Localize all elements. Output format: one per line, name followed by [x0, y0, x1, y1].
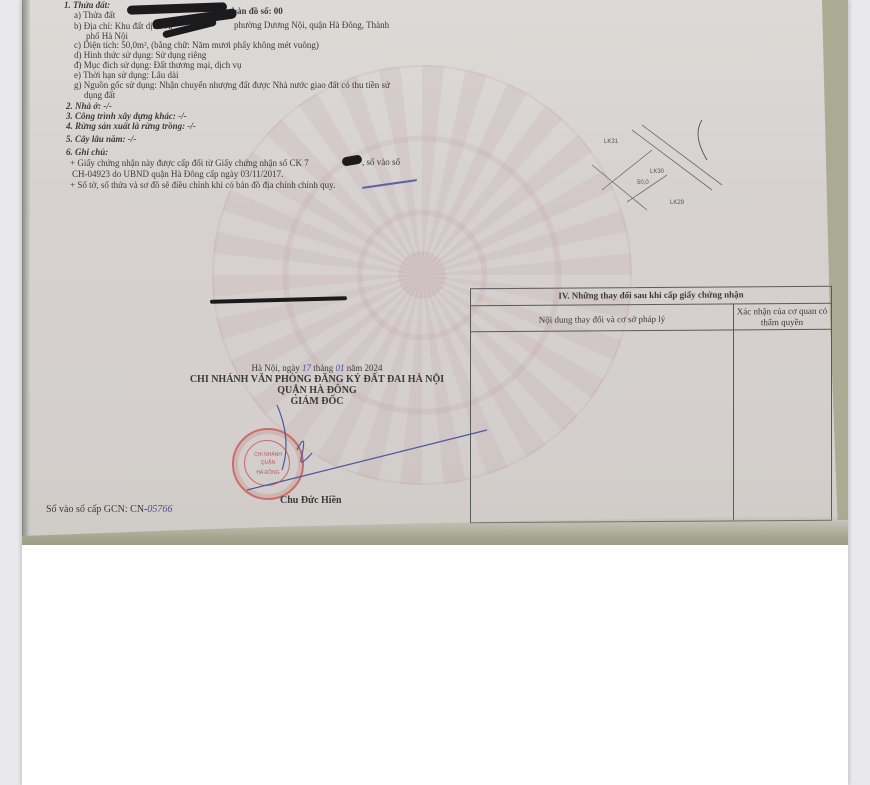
- issuing-office: CHI NHÁNH VĂN PHÒNG ĐĂNG KÝ ĐẤT ĐAI HÀ N…: [162, 374, 472, 385]
- address-rest: phường Dương Nội, quận Hà Đông, Thành: [234, 20, 389, 31]
- section6-heading: 6. Ghi chú:: [66, 147, 108, 158]
- signer-name: Chu Đức Hiền: [280, 495, 342, 506]
- table-rule: [733, 304, 734, 520]
- changes-table: IV. Những thay đổi sau khi cấp giấy chứn…: [470, 286, 832, 524]
- section4: 4. Rừng sản xuất là rừng trồng: -/-: [66, 121, 196, 132]
- usage-origin-line: g) Nguồn gốc sử dụng: Nhận chuyển nhượng…: [74, 80, 390, 91]
- usage-origin-cont: dụng đất: [84, 90, 115, 101]
- column-header-confirmation: Xác nhận của cơ quan có thẩm quyền: [733, 306, 831, 329]
- note1: + Giấy chứng nhận này được cấp đổi từ Gi…: [70, 158, 309, 169]
- changes-table-title: IV. Những thay đổi sau khi cấp giấy chứn…: [471, 289, 831, 302]
- section5: 5. Cây lâu năm: -/-: [66, 134, 136, 145]
- note1-end: , số vào sổ: [362, 157, 400, 168]
- column-header-content: Nội dung thay đổi và cơ sở pháp lý: [471, 313, 733, 325]
- plot-diagram: [582, 120, 752, 220]
- issue-date: Hà Nội, ngày 17 tháng 01 năm 2024: [162, 363, 472, 374]
- desk-edge: [22, 515, 848, 545]
- signature-scribble: [237, 400, 497, 500]
- map-sheet: bản đồ số: 00: [232, 6, 283, 17]
- issuing-district: QUẬN HÀ ĐÔNG: [162, 385, 472, 396]
- note2: + Số tờ, số thửa và sơ đồ sẽ điều chỉnh …: [70, 180, 335, 191]
- parcel-line: a) Thửa đất: [74, 10, 115, 21]
- table-rule: [471, 329, 831, 333]
- issue-month: 01: [336, 363, 345, 373]
- note1-cont: CH-04923 do UBND quận Hà Đông cấp ngày 0…: [72, 169, 283, 180]
- registry-number: Số vào sổ cấp GCN: CN-05766: [46, 504, 172, 515]
- photo-edge-shadow: [22, 0, 30, 545]
- issue-day: 17: [302, 363, 311, 373]
- certificate-photo: 1. Thửa đất: a) Thửa đất bản đồ số: 00 b…: [22, 0, 848, 545]
